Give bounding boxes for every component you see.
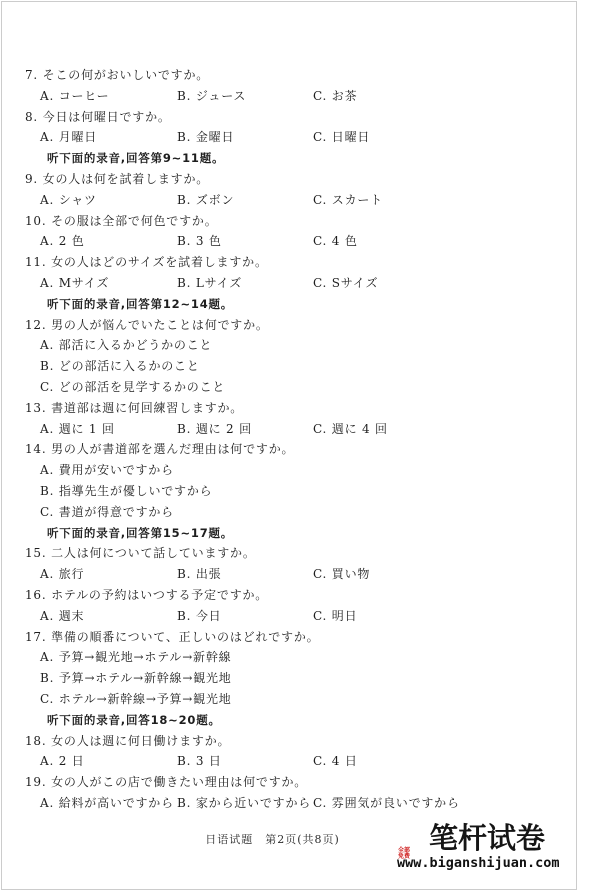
option-row: A. 週末B. 今日C. 明日: [0, 606, 575, 627]
option-row: A. 2 色B. 3 色C. 4 色: [0, 231, 575, 252]
option: C. Sサイズ: [313, 273, 378, 294]
option-row: A. 給料が高いですからB. 家から近いですからC. 雰囲気が良いですから: [0, 793, 575, 814]
option: A. 費用が安いですから: [0, 460, 575, 481]
option: B. ズボン: [177, 190, 234, 211]
option: B. 指導先生が優しいですから: [0, 481, 575, 502]
option: C. 4 日: [313, 751, 358, 772]
option: B. 週に 2 回: [177, 419, 252, 440]
option: B. 家から近いですから: [177, 793, 311, 814]
option: A. 2 日: [40, 751, 85, 772]
listening-instruction: 听下面的录音,回答第12~14题。: [0, 294, 575, 315]
question-list: 7. そこの何がおいしいですか。A. コーヒーB. ジュースC. お茶8. 今日…: [0, 65, 575, 814]
question-stem: 13. 書道部は週に何回練習しますか。: [0, 398, 575, 419]
option-row: A. 2 日B. 3 日C. 4 日: [0, 751, 575, 772]
option-row: A. 月曜日B. 金曜日C. 日曜日: [0, 127, 575, 148]
watermark-brand: 笔杆试卷: [395, 822, 565, 854]
question-stem: 18. 女の人は週に何日働けますか。: [0, 731, 575, 752]
option-row: A. 旅行B. 出張C. 買い物: [0, 564, 575, 585]
option: A. 予算→観光地→ホテル→新幹線: [0, 647, 575, 668]
option: A. Mサイズ: [40, 273, 109, 294]
option: A. シャツ: [40, 190, 97, 211]
option: B. 3 日: [177, 751, 222, 772]
option: A. 週末: [40, 606, 84, 627]
option: A. 2 色: [40, 231, 85, 252]
option-row: A. コーヒーB. ジュースC. お茶: [0, 86, 575, 107]
question-stem: 17. 準備の順番について、正しいのはどれですか。: [0, 627, 575, 648]
option: C. ホテル→新幹線→予算→観光地: [0, 689, 575, 710]
option: C. 書道が得意ですから: [0, 502, 575, 523]
question-stem: 8. 今日は何曜日ですか。: [0, 107, 575, 128]
option: C. 明日: [313, 606, 357, 627]
option: A. 部活に入るかどうかのこと: [0, 335, 575, 356]
question-stem: 9. 女の人は何を試着しますか。: [0, 169, 575, 190]
listening-instruction: 听下面的录音,回答18~20题。: [0, 710, 575, 731]
question-stem: 15. 二人は何について話していますか。: [0, 543, 575, 564]
option: A. 旅行: [40, 564, 84, 585]
question-stem: 7. そこの何がおいしいですか。: [0, 65, 575, 86]
option: C. 4 色: [313, 231, 358, 252]
option: B. Lサイズ: [177, 273, 242, 294]
option: B. 予算→ホテル→新幹線→観光地: [0, 668, 575, 689]
option: A. 月曜日: [40, 127, 97, 148]
option: C. どの部活を見学するかのこと: [0, 377, 575, 398]
question-stem: 14. 男の人が書道部を選んだ理由は何ですか。: [0, 439, 575, 460]
listening-instruction: 听下面的录音,回答第15~17题。: [0, 523, 575, 544]
option-row: A. 週に 1 回B. 週に 2 回C. 週に 4 回: [0, 419, 575, 440]
option-row: A. シャツB. ズボンC. スカート: [0, 190, 575, 211]
option: A. 週に 1 回: [40, 419, 115, 440]
option: B. 金曜日: [177, 127, 234, 148]
option: B. 今日: [177, 606, 221, 627]
question-stem: 11. 女の人はどのサイズを試着しますか。: [0, 252, 575, 273]
option: B. ジュース: [177, 86, 246, 107]
option: C. 日曜日: [313, 127, 370, 148]
watermark-row: 全部免费 www.biganshijuan.com: [395, 854, 565, 872]
option: C. お茶: [313, 86, 357, 107]
option: C. スカート: [313, 190, 383, 211]
option: B. どの部活に入るかのこと: [0, 356, 575, 377]
watermark: 笔杆试卷 全部免费 www.biganshijuan.com: [395, 822, 565, 872]
option: A. 給料が高いですから: [40, 793, 174, 814]
question-stem: 12. 男の人が悩んでいたことは何ですか。: [0, 315, 575, 336]
option: B. 出張: [177, 564, 221, 585]
option-row: A. MサイズB. LサイズC. Sサイズ: [0, 273, 575, 294]
option: A. コーヒー: [40, 86, 109, 107]
watermark-url: www.biganshijuan.com: [397, 855, 560, 871]
option: C. 買い物: [313, 564, 370, 585]
listening-instruction: 听下面的录音,回答第9~11题。: [0, 148, 575, 169]
question-stem: 10. その服は全部で何色ですか。: [0, 211, 575, 232]
question-stem: 16. ホテルの予約はいつする予定ですか。: [0, 585, 575, 606]
question-stem: 19. 女の人がこの店で働きたい理由は何ですか。: [0, 772, 575, 793]
option: C. 雰囲気が良いですから: [313, 793, 460, 814]
option: C. 週に 4 回: [313, 419, 388, 440]
option: B. 3 色: [177, 231, 222, 252]
